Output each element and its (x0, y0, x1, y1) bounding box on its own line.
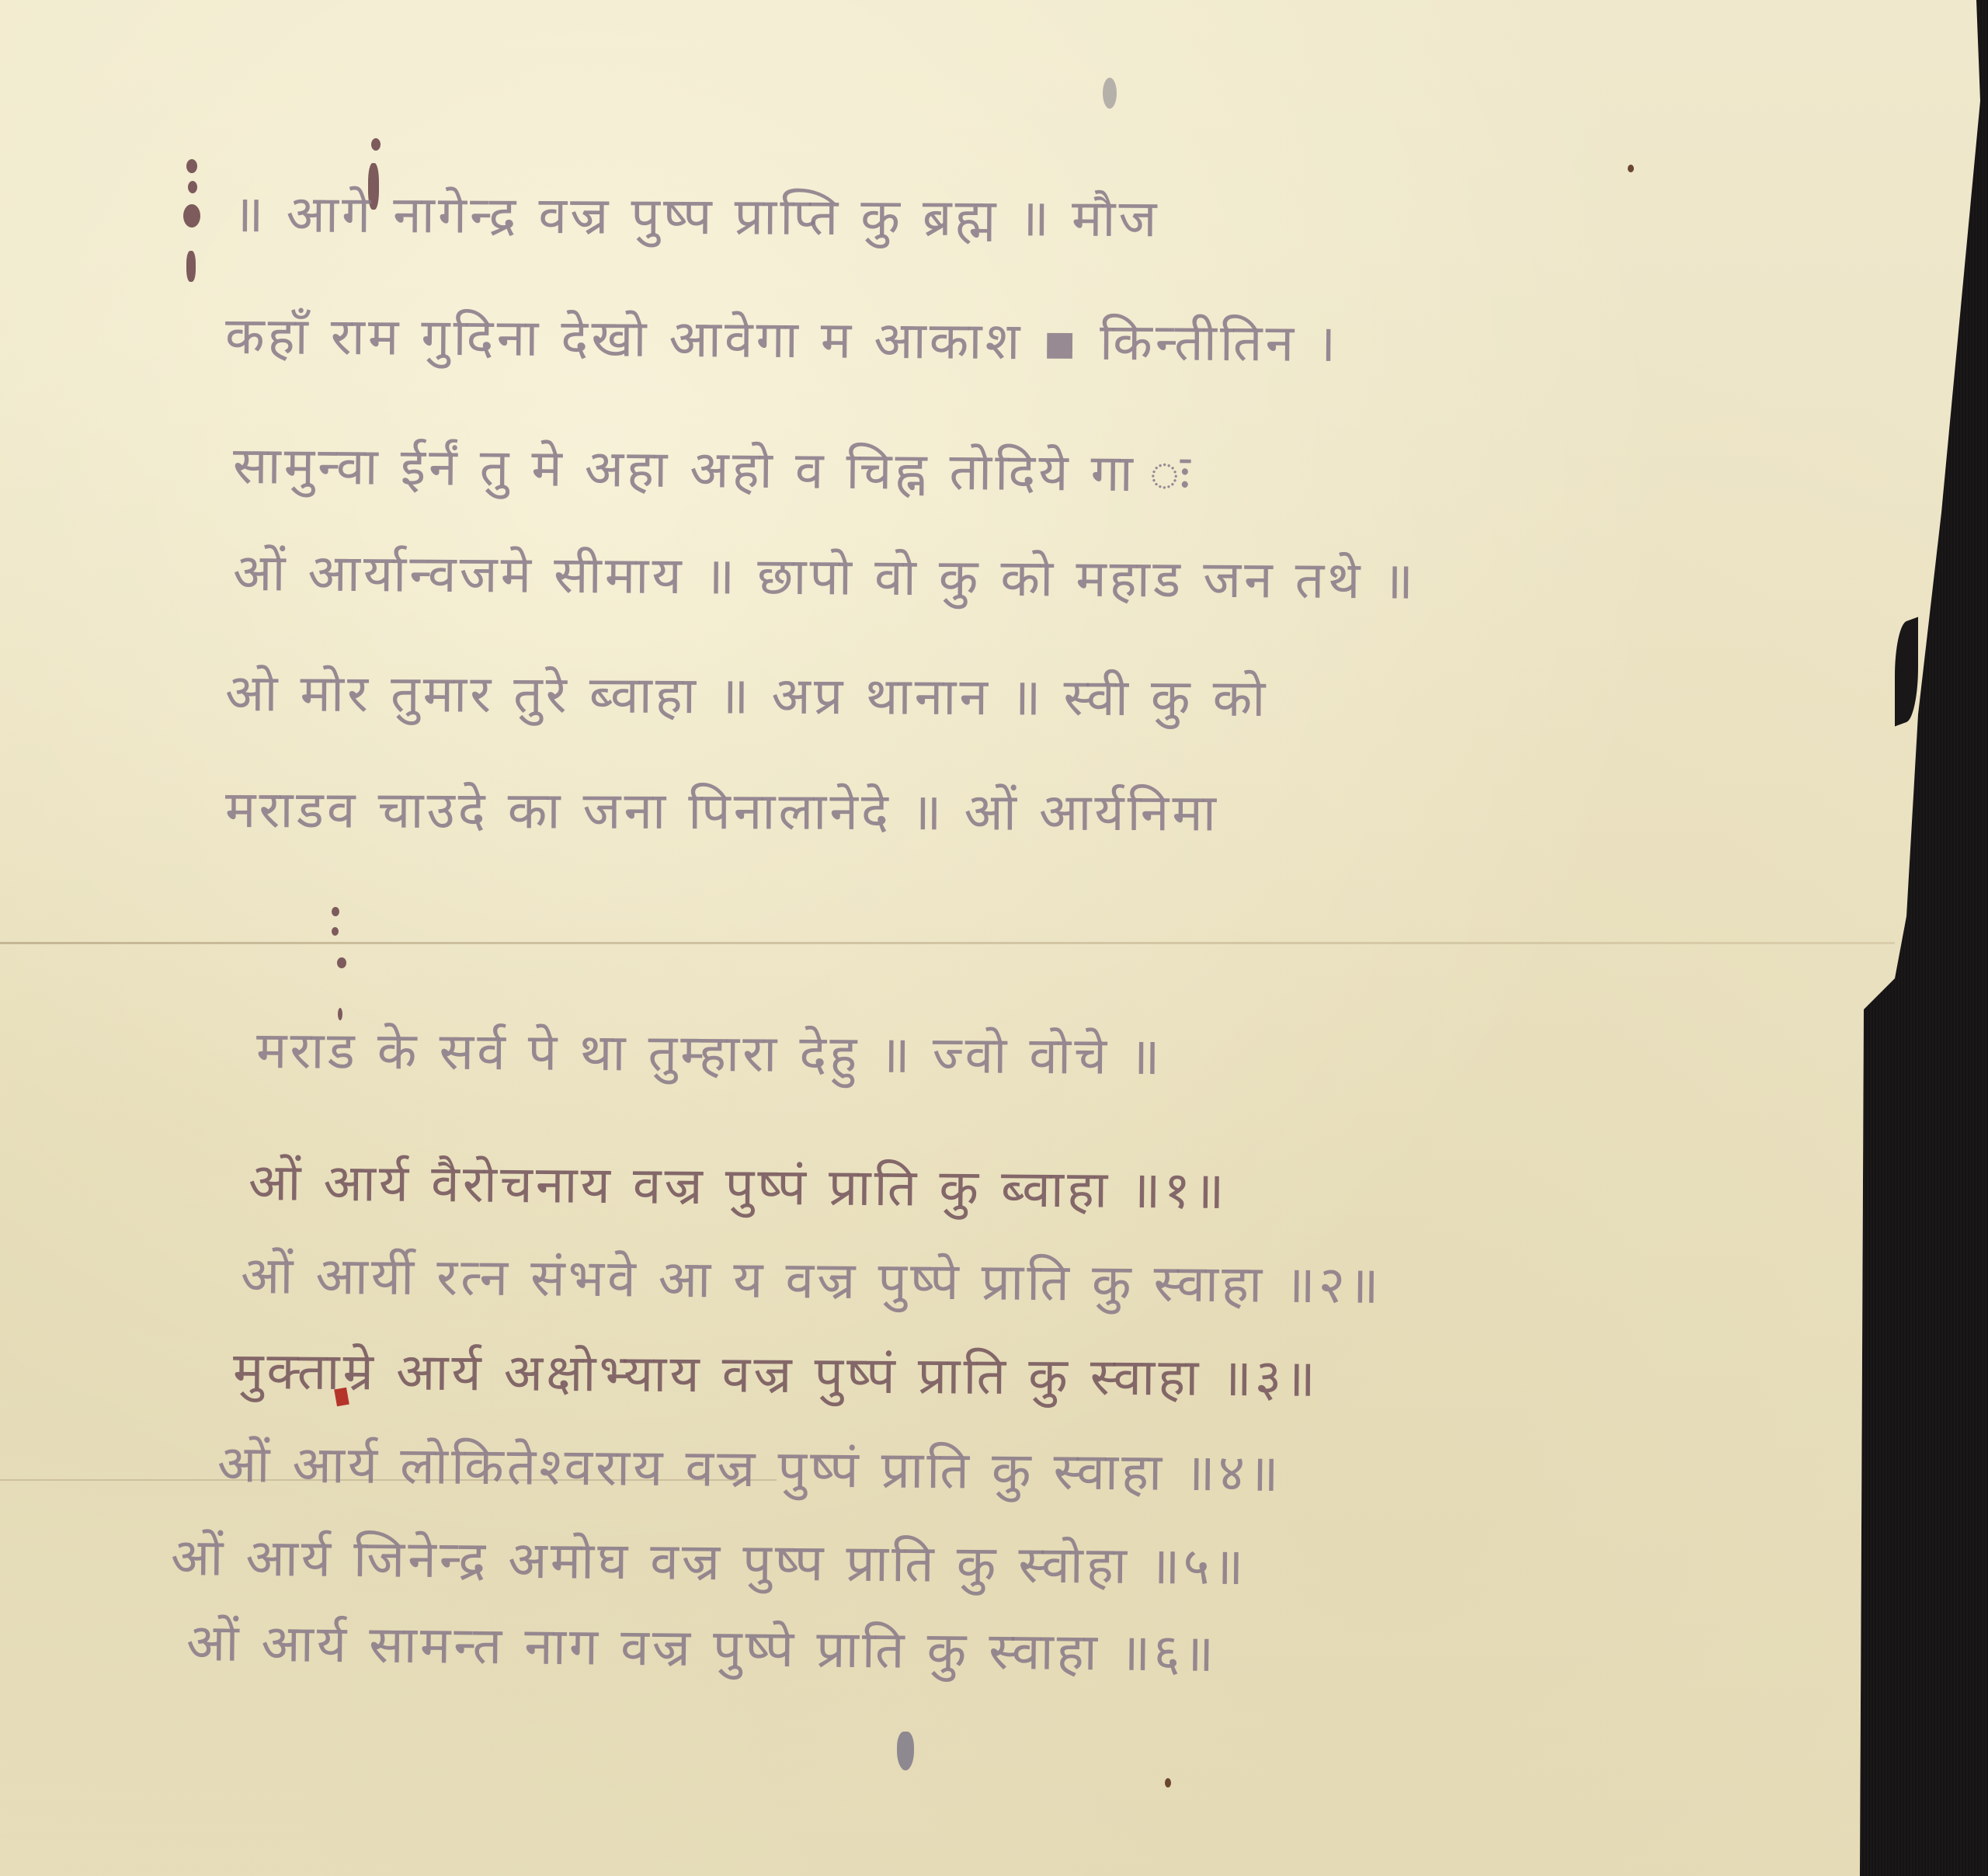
brown-spot (1628, 165, 1634, 172)
margin-punctuation-marks (186, 159, 217, 283)
ink-dot (371, 138, 381, 151)
manuscript-line-8: ओं आर्य वैरोचनाय वज्र पुष्पं प्राति कु ब… (248, 1145, 1228, 1224)
ink-stroke (186, 251, 196, 282)
manuscript-line-10: मुक्ताम्रे आर्य अक्षोभ्याय वज्र पुष्पं प… (233, 1334, 1319, 1412)
brown-spot (1165, 1778, 1171, 1787)
manuscript-page: ॥ आगे नागेन्द्र वज्र पुष्प प्राप्ति कु ब… (0, 0, 1988, 1876)
manuscript-line-12: ओं आर्य जिनेन्द्र अमोघ वज्र पुष्प प्राति… (171, 1520, 1247, 1600)
ink-dot (188, 181, 197, 193)
manuscript-line-2: कहाँ राम गुदिना देखो आवेगा म आकाश ▪ किन्… (225, 299, 1340, 377)
grey-stain (1103, 78, 1117, 109)
manuscript-line-1: ॥ आगे नागेन्द्र वज्र पुष्प प्राप्ति कु ब… (233, 177, 1160, 252)
manuscript-line-7: मराड के सर्व पे था तुम्हारा देहु ॥ ज्वो … (256, 1013, 1163, 1089)
divider-dot (332, 927, 339, 936)
manuscript-line-13: ओं आर्य सामन्त नाग वज्र पुष्पे प्राति कु… (186, 1606, 1218, 1687)
manuscript-line-6: मराडव चाउदे का जना पिनालानेदे ॥ ओं आर्यन… (225, 773, 1219, 846)
manuscript-line-9: ओं आर्यी रत्न संभवे आ य वज्र पुष्पे प्रा… (241, 1239, 1382, 1318)
manuscript-line-5: ओ मोर तुमार तुरे ब्वाहा ॥ अप्र थानान ॥ स… (225, 656, 1269, 731)
divider-dot (332, 907, 339, 916)
ink-dot (186, 159, 197, 173)
horizontal-fold-line (0, 942, 1895, 944)
manuscript-line-3: सामुन्वा ईर्नं तु मे अहा अहो व चिह्न तोद… (233, 429, 1194, 507)
manuscript-line-11: ओं आर्य लोकितेश्वराय वज्र पुष्पं प्राति … (217, 1427, 1282, 1506)
manuscript-line-4: ओं आर्यान्वजमे सीमाय ॥ छापो वो कु को महा… (233, 536, 1417, 614)
ink-dot (183, 204, 200, 228)
divider-dot (337, 957, 346, 968)
grey-stain (897, 1732, 914, 1770)
